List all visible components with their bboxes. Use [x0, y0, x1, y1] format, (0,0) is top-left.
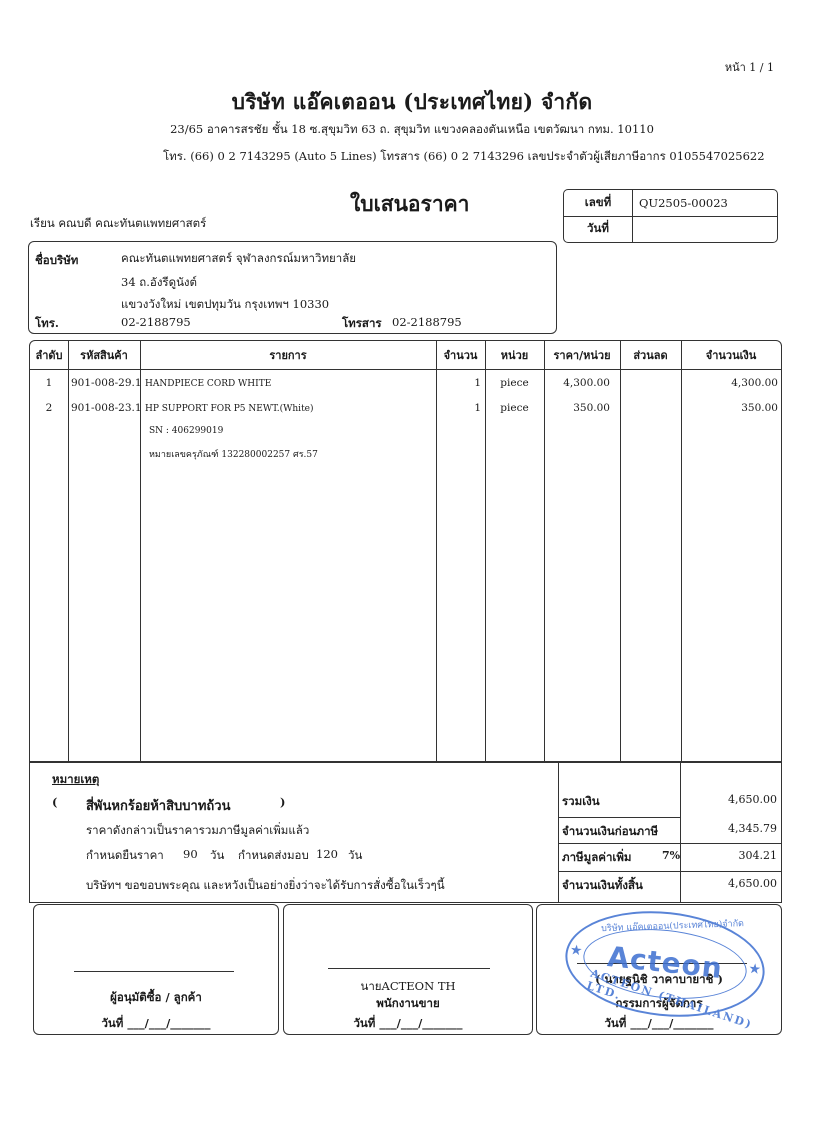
header-description: รายการ [140, 341, 436, 369]
customer-tel: 02-2188795 [121, 315, 191, 329]
validity-days-unit: วัน [210, 847, 224, 865]
page-number: หน้า 1 / 1 [725, 58, 774, 76]
customer-tel-label: โทร. [35, 315, 59, 333]
thank-you-note: บริษัทฯ ขอขอบพระคุณ และหวังเป็นอย่างยิ่ง… [86, 877, 445, 895]
validity-days: 90 [183, 847, 198, 861]
vat-rate: 7% [662, 849, 680, 862]
row-2-asset-no: หมายเลขครุภัณฑ์ 132280002257 ศร.57 [149, 447, 318, 461]
header-amount: จำนวนเงิน [681, 341, 781, 369]
sales-signature-box: นายACTEON TH พนักงานขาย วันที่ ___/___/_… [283, 904, 533, 1035]
buyer-signature-line [74, 971, 234, 972]
company-contact: โทร. (66) 0 2 7143295 (Auto 5 Lines) โทร… [163, 148, 765, 166]
row-2-qty: 1 [436, 402, 481, 414]
stamp-top-text: บริษัท แอ๊คเตออน(ประเทศไทย)จำกัด [601, 916, 744, 935]
sales-date-line: วันที่ ___/___/_______ [284, 1015, 532, 1033]
row-1-no: 1 [30, 377, 68, 389]
subtotal-label: รวมเงิน [562, 793, 600, 811]
row-1-amount: 4,300.00 [681, 377, 778, 389]
summary-vat-row: ภาษีมูลค่าเพิ่ม 7% 304.21 [558, 843, 781, 870]
row-2-unit: piece [485, 402, 544, 414]
header-code: รหัสสินค้า [68, 341, 140, 369]
delivery-label: กำหนดส่งมอบ [238, 847, 309, 865]
delivery-days-unit: วัน [348, 847, 362, 865]
attention-line: เรียน คณบดี คณะทันตแพทยศาสตร์ [30, 215, 206, 233]
row-1-qty: 1 [436, 377, 481, 389]
customer-fax: 02-2188795 [392, 315, 462, 329]
customer-address-1: 34 ถ.อังรีดูนังต์ [121, 274, 197, 292]
sales-role: พนักงานขาย [284, 995, 532, 1013]
row-1-unit: piece [485, 377, 544, 389]
header-unit-price: ราคา/หน่วย [544, 341, 620, 369]
header-no: ลำดับ [30, 341, 68, 369]
total-value: 4,650.00 [728, 877, 777, 890]
open-paren: ( [52, 795, 57, 809]
customer-company-label: ชื่อบริษัท [35, 252, 78, 270]
row-2-description: HP SUPPORT FOR P5 NEWT.(White) [145, 404, 314, 414]
row-2-serial: SN : 406299019 [149, 426, 223, 436]
document-number-label: เลขที่ [564, 190, 633, 216]
document-title: ใบเสนอราคา [350, 188, 469, 221]
summary-pretax-row: จำนวนเงินก่อนภาษี [558, 817, 681, 844]
header-unit: หน่วย [485, 341, 544, 369]
vat-note: ราคาดังกล่าวเป็นราคารวมภาษีมูลค่าเพิ่มแล… [86, 822, 309, 840]
customer-fax-label: โทรสาร [342, 315, 382, 333]
subtotal-value: 4,650.00 [728, 793, 777, 806]
row-2-no: 2 [30, 402, 68, 414]
notes-summary-section: หมายเหตุ ( สี่พันหกร้อยห้าสิบบาทถ้วน ) ร… [29, 762, 782, 903]
close-paren: ) [280, 795, 285, 809]
amount-in-words: สี่พันหกร้อยห้าสิบบาทถ้วน [86, 795, 230, 816]
row-2-amount: 350.00 [681, 402, 778, 414]
row-2-unit-price: 350.00 [544, 402, 610, 414]
customer-box: ชื่อบริษัท คณะทันตแพทยศาสตร์ จุฬาลงกรณ์ม… [28, 241, 557, 334]
items-table: ลำดับ รหัสสินค้า รายการ จำนวน หน่วย ราคา… [29, 340, 782, 762]
company-address: 23/65 อาคารสรชัย ชั้น 18 ซ.สุขุมวิท 63 ถ… [0, 121, 824, 139]
header-discount: ส่วนลด [620, 341, 681, 369]
document-date-label: วันที่ [564, 216, 633, 242]
buyer-signature-box: ผู้อนุมัติซื้อ / ลูกค้า วันที่ ___/___/_… [33, 904, 279, 1035]
pretax-label: จำนวนเงินก่อนภาษี [562, 823, 658, 841]
validity-label: กำหนดยืนราคา [86, 847, 164, 865]
buyer-role: ผู้อนุมัติซื้อ / ลูกค้า [34, 989, 278, 1007]
document-number-box: เลขที่ QU2505-00023 วันที่ [563, 189, 778, 243]
sales-name: นายACTEON TH [284, 978, 532, 996]
row-1-description: HANDPIECE CORD WHITE [145, 379, 271, 389]
customer-company: คณะทันตแพทยศาสตร์ จุฬาลงกรณ์มหาวิทยาลัย [121, 250, 356, 268]
row-2-code: 901-008-23.1 [71, 402, 142, 414]
summary-subtotal-row: รวมเงิน 4,650.00 [558, 788, 781, 814]
header-qty: จำนวน [436, 341, 485, 369]
sales-signature-line [328, 968, 490, 969]
row-1-code: 901-008-29.1 [71, 377, 142, 389]
buyer-date-line: วันที่ ___/___/_______ [34, 1015, 278, 1033]
row-1-unit-price: 4,300.00 [544, 377, 610, 389]
delivery-days: 120 [316, 847, 338, 861]
total-label: จำนวนเงินทั้งสิ้น [562, 877, 643, 895]
vat-label: ภาษีมูลค่าเพิ่ม [562, 849, 632, 867]
pretax-value: 4,345.79 [728, 822, 777, 835]
notes-title: หมายเหตุ [52, 771, 99, 789]
vat-value: 304.21 [739, 849, 778, 862]
company-name: บริษัท แอ๊คเตออน (ประเทศไทย) จำกัด [0, 86, 824, 119]
summary-total-row: จำนวนเงินทั้งสิ้น 4,650.00 [558, 871, 781, 898]
customer-address-2: แขวงวังใหม่ เขตปทุมวัน กรุงเทพฯ 10330 [121, 296, 329, 314]
document-number: QU2505-00023 [633, 196, 728, 210]
